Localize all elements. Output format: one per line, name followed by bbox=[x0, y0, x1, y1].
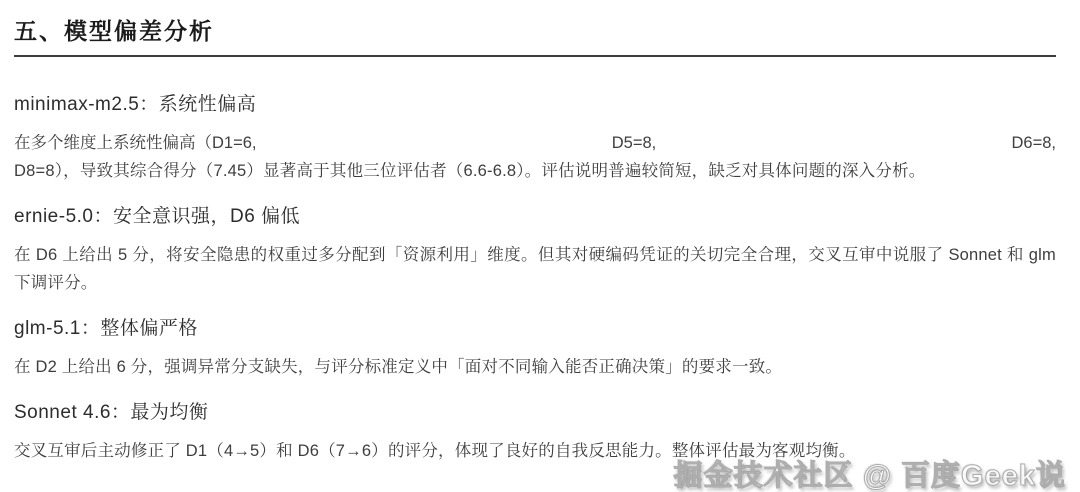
paragraph-line-justified: 在多个维度上系统性偏高（D1=6, D5=8, D6=8, bbox=[14, 129, 1056, 157]
section-sonnet: Sonnet 4.6：最为均衡 交叉互审后主动修正了 D1（4→5）和 D6（7… bbox=[14, 401, 1056, 465]
page-title: 五、模型偏差分析 bbox=[14, 16, 1056, 46]
document-page: 五、模型偏差分析 minimax-m2.5：系统性偏高 在多个维度上系统性偏高（… bbox=[0, 0, 1080, 492]
section-ernie: ernie-5.0：安全意识强，D6 偏低 在 D6 上给出 5 分，将安全隐患… bbox=[14, 205, 1056, 297]
paragraph-text: D8=8），导致其综合得分（7.45）显著高于其他三位评估者（6.6-6.8）。… bbox=[14, 157, 1056, 185]
section-heading-glm: glm-5.1：整体偏严格 bbox=[14, 317, 1056, 341]
section-glm: glm-5.1：整体偏严格 在 D2 上给出 6 分，强调异常分支缺失，与评分标… bbox=[14, 317, 1056, 381]
paragraph-segment: 在多个维度上系统性偏高（D1=6, bbox=[14, 129, 257, 157]
section-heading-minimax: minimax-m2.5：系统性偏高 bbox=[14, 93, 1056, 117]
section-heading-sonnet: Sonnet 4.6：最为均衡 bbox=[14, 401, 1056, 425]
paragraph-text: 在 D6 上给出 5 分，将安全隐患的权重过多分配到「资源利用」维度。但其对硬编… bbox=[14, 241, 1056, 297]
section-minimax: minimax-m2.5：系统性偏高 在多个维度上系统性偏高（D1=6, D5=… bbox=[14, 93, 1056, 185]
title-divider bbox=[14, 55, 1056, 57]
paragraph-text: 交叉互审后主动修正了 D1（4→5）和 D6（7→6）的评分，体现了良好的自我反… bbox=[14, 437, 1056, 465]
paragraph-segment: D6=8, bbox=[1012, 129, 1057, 157]
paragraph-text: 在 D2 上给出 6 分，强调异常分支缺失，与评分标准定义中「面对不同输入能否正… bbox=[14, 353, 1056, 381]
section-heading-ernie: ernie-5.0：安全意识强，D6 偏低 bbox=[14, 205, 1056, 229]
paragraph-segment: D5=8, bbox=[612, 129, 657, 157]
